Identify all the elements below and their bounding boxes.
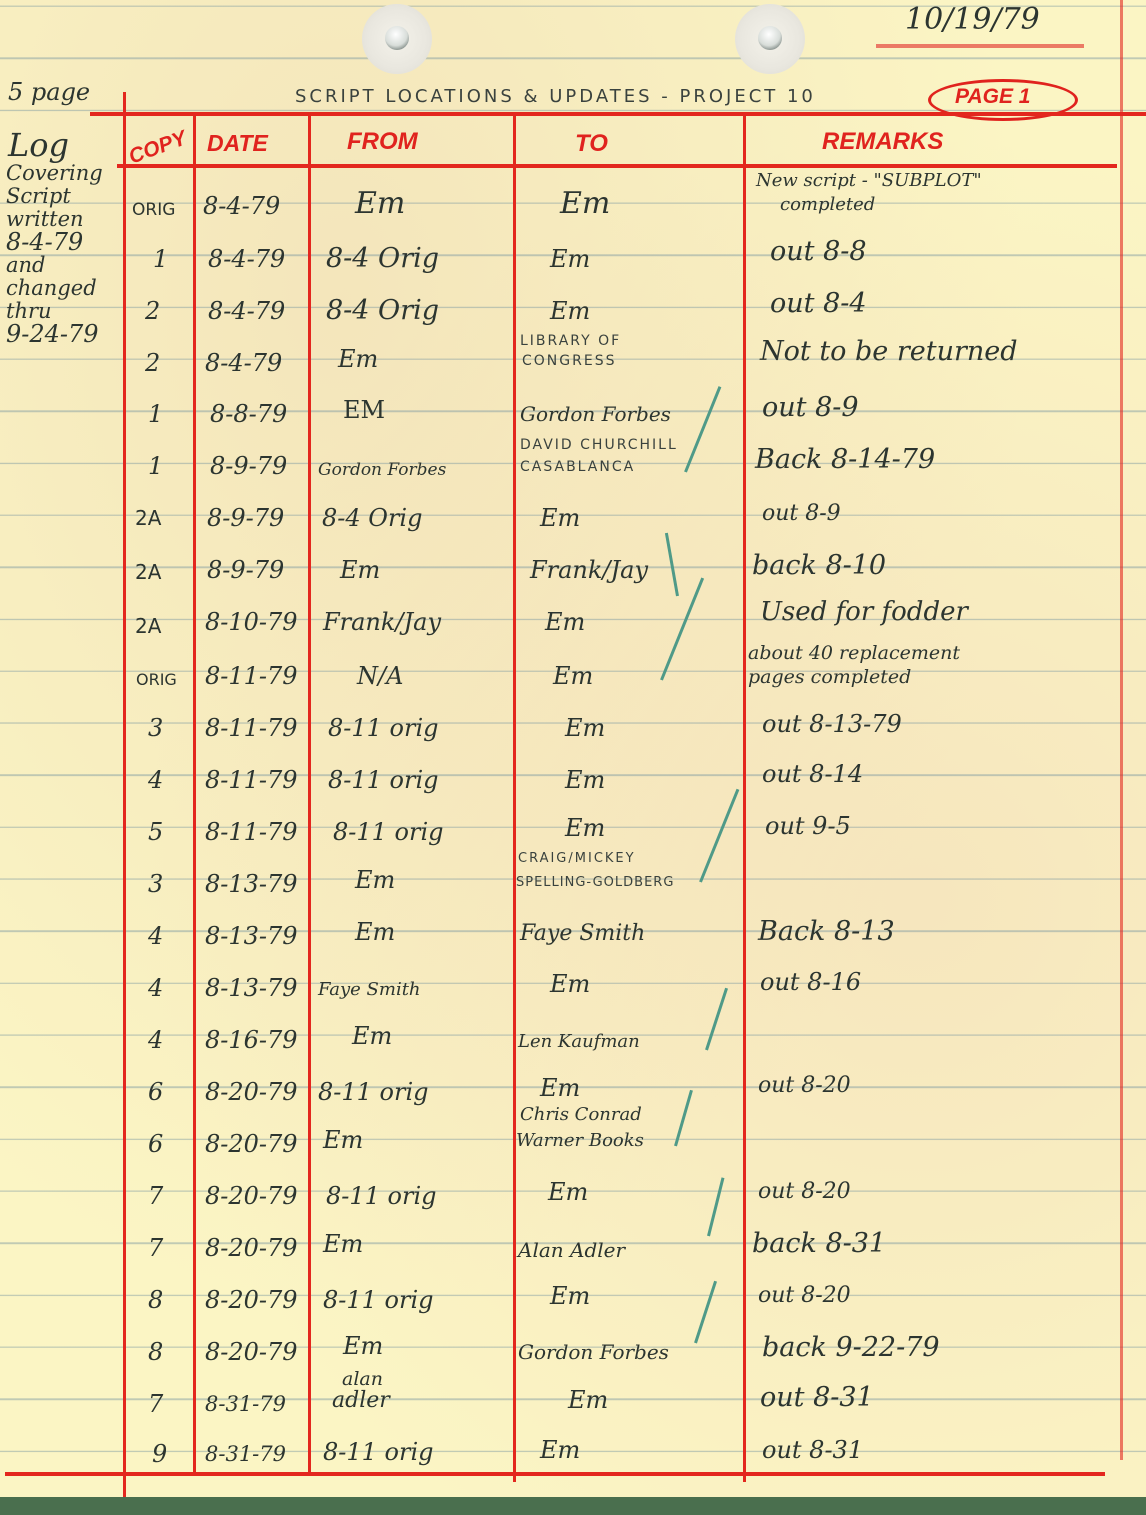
row-date: 8-4-79 <box>208 245 285 273</box>
row-from: 8-11 orig <box>333 818 444 846</box>
row-copy: 7 <box>148 1182 163 1210</box>
col-rule-to <box>513 112 516 1482</box>
row-copy: 7 <box>148 1234 163 1262</box>
row-copy: 9 <box>152 1440 167 1468</box>
header-to: TO <box>575 130 608 158</box>
row-date: 8-13-79 <box>205 870 298 898</box>
col-rule-date <box>193 112 196 1474</box>
row-remarks: out 8-20 <box>758 1178 851 1206</box>
row-remarks: out 8-14 <box>762 760 863 788</box>
row-from: 8-4 Orig <box>326 297 439 325</box>
row-to: DAVID CHURCHILL <box>520 436 678 454</box>
row-from: Gordon Forbes <box>318 456 446 484</box>
row-date: 8-9-79 <box>207 504 284 532</box>
row-remarks: out 8-31 <box>760 1384 874 1412</box>
row-to: Alan Adler <box>518 1236 625 1264</box>
margin-note-line: 8-4-79 <box>6 231 126 254</box>
row-to: Frank/Jay <box>530 556 648 584</box>
row-to: Em <box>550 1282 590 1310</box>
row-date: 8-31-79 <box>205 1390 286 1418</box>
margin-page-count: 5 page <box>8 78 90 106</box>
sheet-title: SCRIPT LOCATIONS & UPDATES - PROJECT 10 <box>295 86 816 107</box>
row-remarks: back 8-10 <box>752 552 886 580</box>
checkmark-icon <box>705 988 728 1051</box>
row-to: CRAIG/MICKEY <box>518 850 636 868</box>
row-remarks: Back 8-14-79 <box>755 446 935 474</box>
margin-note-line: Covering <box>6 162 126 185</box>
row-to: Em <box>568 1386 608 1414</box>
row-from-2: adler <box>332 1392 390 1410</box>
row-copy: 1 <box>148 400 163 428</box>
row-to: Em <box>550 970 590 998</box>
row-from: 8-11 orig <box>323 1438 434 1466</box>
row-copy: 2A <box>135 504 161 532</box>
row-to: Gordon Forbes <box>520 400 671 428</box>
row-to-2: SPELLING-GOLDBERG <box>516 874 674 892</box>
header-bottom-rule <box>117 164 1117 168</box>
row-remarks: out 8-9 <box>762 394 859 422</box>
row-from: Em <box>343 1332 383 1360</box>
date-underline <box>876 44 1084 48</box>
row-to: Em <box>550 297 590 325</box>
header-from: FROM <box>347 128 418 156</box>
row-from: Faye Smith <box>318 976 421 1004</box>
margin-note-line: changed <box>6 277 126 300</box>
row-from: Em <box>355 918 395 946</box>
row-to: Faye Smith <box>520 920 645 948</box>
row-remarks: out 8-20 <box>758 1282 851 1310</box>
background-strip <box>0 1497 1146 1515</box>
row-copy: 6 <box>148 1130 163 1158</box>
row-copy: 6 <box>148 1078 163 1106</box>
row-date: 8-31-79 <box>205 1440 286 1468</box>
row-copy: 3 <box>148 714 163 742</box>
row-to: Em <box>540 1436 580 1464</box>
row-date: 8-11-79 <box>205 766 298 794</box>
row-from: Em <box>340 556 380 584</box>
row-to: LIBRARY OF <box>520 332 621 350</box>
row-to: Em <box>550 245 590 273</box>
row-copy: 4 <box>148 1026 163 1054</box>
row-date: 8-20-79 <box>205 1286 298 1314</box>
checkmark-icon <box>699 789 739 883</box>
checkmark-icon <box>660 577 704 680</box>
checkmark-icon <box>665 533 679 597</box>
row-to: Em <box>548 1178 588 1206</box>
row-date: 8-16-79 <box>205 1026 298 1054</box>
margin-log: Log <box>8 126 69 164</box>
row-copy: 1 <box>148 452 163 480</box>
row-to-2: CONGRESS <box>522 352 616 370</box>
row-remarks: out 8-9 <box>762 500 841 528</box>
row-copy: 8 <box>148 1286 163 1314</box>
row-remarks: out 8-13-79 <box>762 710 902 738</box>
log-sheet: 10/19/79 5 page Log Covering Script writ… <box>0 0 1146 1497</box>
page-label: PAGE 1 <box>955 85 1030 109</box>
row-copy: ORIG <box>136 666 177 694</box>
checkmark-icon <box>674 1090 693 1147</box>
row-from: 8-11 orig <box>328 714 439 742</box>
row-remarks: Not to be returned <box>760 338 1018 366</box>
row-to-2: Warner Books <box>516 1132 644 1150</box>
margin-note-line: and <box>6 254 126 277</box>
punch-hole-left <box>362 4 432 74</box>
row-remarks-2: completed <box>780 196 875 214</box>
row-date: 8-13-79 <box>205 922 298 950</box>
row-to: Chris Conrad <box>520 1106 642 1124</box>
margin-note-line: Script <box>6 185 126 208</box>
row-copy: 2 <box>145 297 160 325</box>
row-to: Em <box>553 662 593 690</box>
table-bottom-rule <box>5 1472 1105 1476</box>
row-date: 8-9-79 <box>210 452 287 480</box>
row-to: Em <box>540 1074 580 1102</box>
row-copy: 1 <box>153 245 168 273</box>
row-remarks: out 8-8 <box>770 238 867 266</box>
row-date: 8-20-79 <box>205 1182 298 1210</box>
row-from: alan <box>342 1370 383 1388</box>
row-copy: ORIG <box>132 196 175 224</box>
row-remarks: out 8-20 <box>758 1072 851 1100</box>
checkmark-icon <box>684 386 721 472</box>
row-copy: 2 <box>145 349 160 377</box>
row-from: Em <box>355 866 395 894</box>
col-rule-copy <box>123 92 126 1497</box>
row-from: 8-11 orig <box>326 1182 437 1210</box>
row-copy: 8 <box>148 1338 163 1366</box>
header-top-rule <box>90 112 1146 116</box>
row-from: N/A <box>357 662 403 690</box>
row-remarks: about 40 replacement <box>748 644 960 662</box>
row-date: 8-11-79 <box>205 662 298 690</box>
row-from: 8-11 orig <box>323 1286 434 1314</box>
row-remarks: out 9-5 <box>765 812 851 840</box>
row-from: Em <box>323 1126 363 1154</box>
row-remarks: Used for fodder <box>760 598 968 626</box>
header-remarks: REMARKS <box>822 128 943 156</box>
row-to: Len Kaufman <box>518 1028 640 1056</box>
row-copy: 4 <box>148 922 163 950</box>
row-to-2: CASABLANCA <box>520 458 635 476</box>
row-remarks: out 8-31 <box>762 1436 863 1464</box>
row-date: 8-10-79 <box>205 608 298 636</box>
row-remarks: out 8-4 <box>770 290 867 318</box>
row-remarks: Back 8-13 <box>758 918 895 946</box>
row-to: Em <box>545 608 585 636</box>
row-from: Em <box>338 345 378 373</box>
row-remarks-2: pages completed <box>748 668 911 686</box>
row-from: 8-11 orig <box>328 766 439 794</box>
col-rule-right <box>1120 0 1123 1460</box>
col-rule-remarks <box>743 112 746 1482</box>
row-date: 8-11-79 <box>205 818 298 846</box>
row-from: Em <box>323 1230 363 1258</box>
margin-note-line: 9-24-79 <box>6 323 126 346</box>
row-from: 8-4 Orig <box>322 504 422 532</box>
row-date: 8-8-79 <box>210 400 287 428</box>
row-copy: 5 <box>148 818 163 846</box>
row-date: 8-9-79 <box>207 556 284 584</box>
row-date: 8-4-79 <box>208 297 285 325</box>
row-copy: 4 <box>148 766 163 794</box>
row-date: 8-20-79 <box>205 1338 298 1366</box>
row-date: 8-13-79 <box>205 974 298 1002</box>
row-copy: 4 <box>148 974 163 1002</box>
row-remarks: back 8-31 <box>752 1230 886 1258</box>
row-from: 8-4 Orig <box>326 245 439 273</box>
row-from: EM <box>343 396 385 424</box>
row-copy: 3 <box>148 870 163 898</box>
row-date: 8-20-79 <box>205 1130 298 1158</box>
row-copy: 2A <box>135 558 161 586</box>
margin-note: Covering Script written 8-4-79 and chang… <box>6 162 126 346</box>
row-from: Em <box>352 1022 392 1050</box>
row-copy: 2A <box>135 612 161 640</box>
row-date: 8-20-79 <box>205 1078 298 1106</box>
row-to: Em <box>565 814 605 842</box>
row-to: Em <box>540 504 580 532</box>
row-date: 8-4-79 <box>205 349 282 377</box>
row-from: 8-11 orig <box>318 1078 429 1106</box>
row-date: 8-4-79 <box>203 192 280 220</box>
row-to: Em <box>560 190 610 218</box>
row-from: Em <box>355 190 405 218</box>
checkmark-icon <box>694 1281 717 1344</box>
row-from: Frank/Jay <box>323 608 441 636</box>
row-to: Em <box>565 766 605 794</box>
punch-hole-right <box>735 4 805 74</box>
row-date: 8-20-79 <box>205 1234 298 1262</box>
row-date: 8-11-79 <box>205 714 298 742</box>
top-date: 10/19/79 <box>905 2 1040 37</box>
row-remarks: back 9-22-79 <box>762 1334 940 1362</box>
row-to: Em <box>565 714 605 742</box>
checkmark-icon <box>707 1177 724 1236</box>
header-date: DATE <box>207 130 268 157</box>
row-remarks: out 8-16 <box>760 968 861 996</box>
row-to: Gordon Forbes <box>518 1338 669 1366</box>
row-remarks: New script - "SUBPLOT" <box>756 172 982 190</box>
col-rule-from <box>308 112 311 1474</box>
row-copy: 7 <box>148 1390 163 1418</box>
